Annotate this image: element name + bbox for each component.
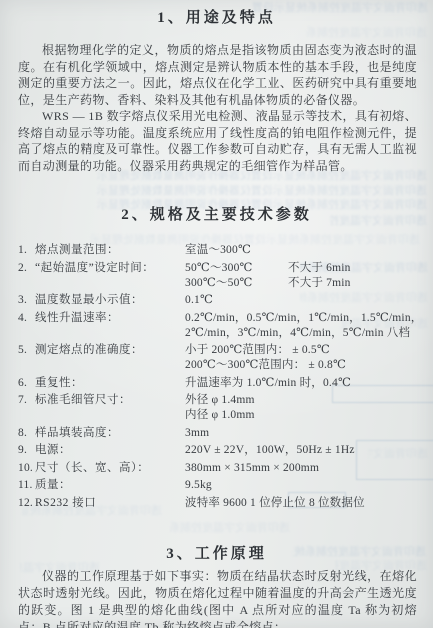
intro-paragraph-2: WRS — 1B 数字熔点仪采用光电检测、液晶显示等技术，具有初熔、终熔自动显示… [18, 108, 417, 174]
spec-label: 样品填装高度： [35, 426, 185, 441]
spec-row-accuracy: 5. 测定熔点的准确度： 小于 200℃范围内： ± 0.5℃ 200℃～300… [18, 343, 427, 373]
bleedthrough-text: 透印背面文字温度控制系统显示设置仪器操作说明测量数据处理显示 [18, 185, 427, 198]
spec-value: 室温～300℃ [185, 243, 251, 258]
spec-number: 10. [18, 461, 35, 476]
spec-value: 9.5kg [185, 478, 212, 493]
spec-row-min-display: 3. 温度数显最小示值： 0.1℃ [18, 293, 427, 308]
spec-value: 220V ± 22V，100W，50Hz ± 1Hz [185, 443, 355, 458]
spec-value: 波特率 9600 1 位停止位 8 位数据位 [185, 496, 365, 511]
spec-row-dimensions: 10. 尺寸（长、宽、高）： 380mm × 315mm × 200mm [18, 461, 427, 476]
spec-row-melting-range: 1. 熔点测量范围： 室温～300℃ [18, 243, 427, 258]
spec-number: 8. [18, 426, 35, 441]
spec-value: 升温速率为 1.0℃/min 时，0.4℃ [185, 376, 351, 391]
spec-label: 线性升温速率： [35, 311, 185, 326]
spec-list: 1. 熔点测量范围： 室温～300℃ 2. “起始温度”设定时间： 50℃～30… [18, 243, 427, 513]
spec-value: 300℃～50℃ [185, 276, 288, 291]
spec-number: 9. [18, 443, 35, 458]
spec-row-rs232: 12. RS232 接口 波特率 9600 1 位停止位 8 位数据位 [18, 496, 427, 511]
spec-row-heating-rate: 4. 线性升温速率： 0.2℃/min，0.5℃/min，1℃/min，1.5℃… [18, 311, 427, 341]
intro-paragraphs: 根据物理化学的定义，物质的熔点是指该物质由固态变为液态时的温度。在有机化学领域中… [18, 42, 417, 174]
spec-label: 重复性： [35, 376, 185, 391]
intro-paragraph-1: 根据物理化学的定义，物质的熔点是指该物质由固态变为液态时的温度。在有机化学领域中… [18, 42, 417, 108]
spec-number: 1. [18, 243, 35, 258]
spec-value: 0.1℃ [185, 293, 213, 308]
spec-label: 电源： [35, 443, 185, 458]
section-2-title: 2、规格及主要技术参数 [0, 203, 433, 224]
spec-value: 380mm × 315mm × 200mm [185, 461, 319, 476]
spec-number: 3. [18, 293, 35, 308]
spec-number: 11. [18, 478, 35, 493]
spec-number: 12. [18, 496, 35, 511]
spec-note: 不大于 6min [288, 261, 351, 276]
spec-row-start-temp-time: 2. “起始温度”设定时间： 50℃～300℃ 不大于 6min 300℃～50… [18, 261, 427, 291]
spec-row-capillary-size: 7. 标准毛细管尺寸： 外径 φ 1.4mm 内径 φ 1.0mm [18, 393, 427, 423]
bleedthrough-text: 透印背面文字温度控制系统显示设置仪器操作说明测量数据处理显示 [305, 27, 427, 40]
spec-label: 温度数显最小示值： [35, 293, 185, 308]
bleedthrough-text: 透印背面文字温度控制系统显示设置仪器操作说明测量数据处理显示 [170, 522, 290, 535]
spec-number: 4. [18, 311, 35, 326]
spec-label: 熔点测量范围： [35, 243, 185, 258]
spec-number: 6. [18, 376, 35, 391]
spec-value: 50℃～300℃ [185, 261, 288, 276]
spec-value: 200℃～300℃范围内： ± 0.8℃ [185, 358, 346, 373]
spec-row-power: 9. 电源： 220V ± 22V，100W，50Hz ± 1Hz [18, 443, 427, 458]
spec-label: 质量： [35, 478, 185, 493]
principle-paragraphs: 仪器的工作原理基于如下事实：物质在结晶状态时反射光线，在熔化状态时透射光线。因此… [18, 568, 417, 628]
spec-label: 尺寸（长、宽、高）： [35, 461, 185, 476]
spec-value: 2℃/min，3℃/min，4℃/min，5℃/min 八档 [185, 326, 410, 341]
section-3-title: 3、工作原理 [0, 542, 433, 563]
spec-number: 5. [18, 343, 35, 358]
spec-row-weight: 11. 质量： 9.5kg [18, 478, 427, 493]
spec-label: 标准毛细管尺寸： [35, 393, 185, 408]
spec-value: 外径 φ 1.4mm [185, 393, 255, 408]
spec-row-repeatability: 6. 重复性： 升温速率为 1.0℃/min 时，0.4℃ [18, 376, 427, 391]
spec-label: “起始温度”设定时间： [35, 261, 185, 276]
spec-number: 2. [18, 261, 35, 276]
section-1-title: 1、用途及特点 [0, 6, 433, 27]
spec-number: 7. [18, 393, 35, 408]
principle-paragraph-1: 仪器的工作原理基于如下事实：物质在结晶状态时反射光线，在熔化状态时透射光线。因此… [18, 568, 417, 628]
spec-value: 小于 200℃范围内： ± 0.5℃ [185, 343, 330, 358]
spec-value: 内径 φ 1.0mm [185, 408, 255, 423]
spec-label: 测定熔点的准确度： [35, 343, 185, 358]
scanned-manual-page: 透印背面文字温度控制系统显示设置仪器操作说明测量数据处理显示 透印背面文字温度控… [0, 0, 433, 628]
spec-row-fill-height: 8. 样品填装高度： 3mm [18, 426, 427, 441]
spec-label: RS232 接口 [35, 496, 185, 511]
spec-value: 0.2℃/min，0.5℃/min，1℃/min，1.5℃/min， [185, 311, 422, 326]
spec-note: 不大于 7min [288, 276, 351, 291]
spec-value: 3mm [185, 426, 209, 441]
